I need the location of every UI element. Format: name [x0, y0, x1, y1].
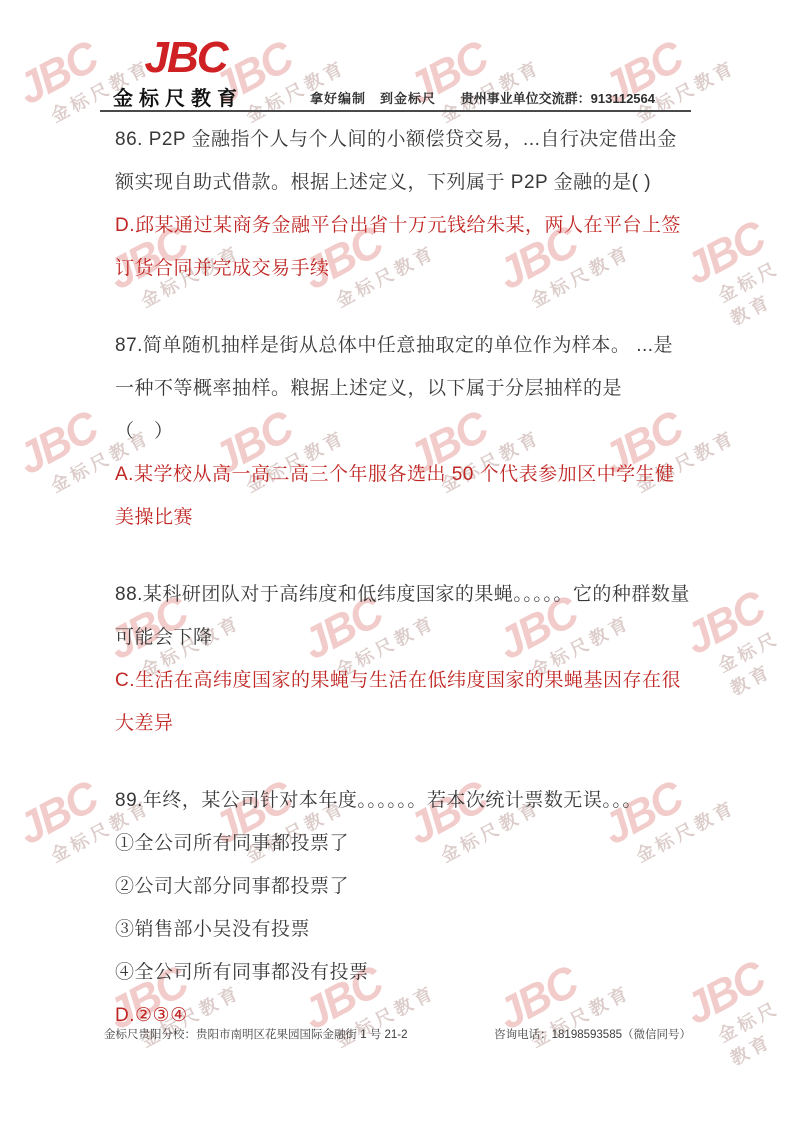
question-89-option-3: ③销售部小吴没有投票 [115, 908, 692, 951]
footer-phone: 咨询电话：18198593585（微信同号） [494, 1026, 691, 1042]
logo-brand-text: JBC [113, 36, 258, 80]
watermark-tile: JBC金标尺教育 [678, 948, 793, 1079]
question-88: 88.某科研团队对于高纬度和低纬度国家的果蝇。。。。。它的种群数量可能会下降 C… [115, 573, 692, 745]
brand-logo: JBC 金标尺教育 [113, 36, 258, 111]
watermark-name-text: 金标尺教育 [713, 986, 793, 1070]
header: JBC 金标尺教育 拿好编制 到金标尺 贵州事业单位交流群：913112564 [0, 0, 793, 112]
question-86-stem: 86. P2P 金融指个人与个人间的小额偿贷交易，...自行决定借出金额实现自助… [115, 118, 692, 204]
question-89-option-2: ②公司大部分同事都投票了 [115, 865, 692, 908]
logo-name-text: 金标尺教育 [113, 82, 258, 111]
watermark-tile: JBC金标尺教育 [678, 208, 793, 339]
footer-address: 金标尺贵阳分校：贵阳市南明区花果园国际金融街 1 号 21-2 [104, 1026, 408, 1042]
header-divider [100, 110, 691, 112]
watermark-name-text: 金标尺教育 [713, 616, 793, 700]
question-89-option-4: ④全公司所有同事都没有投票 [115, 951, 692, 994]
question-88-stem: 88.某科研团队对于高纬度和低纬度国家的果蝇。。。。。它的种群数量可能会下降 [115, 573, 692, 659]
question-86-answer: D.邱某通过某商务金融平台出省十万元钱给朱某，两人在平台上签订货合同并完成交易手… [115, 204, 692, 290]
question-87-answer: A.某学校从高一高二高三个年服各选出 50 个代表参加区中学生健美操比赛 [115, 453, 692, 539]
watermark-tile: JBC金标尺教育 [678, 578, 793, 709]
question-87-parens: （ ） [115, 410, 692, 453]
question-89: 89.年终，某公司针对本年度。。。。。。若本次统计票数无误。。。 ①全公司所有同… [115, 779, 692, 1037]
question-87-stem: 87.简单随机抽样是街从总体中任意抽取定的单位作为样本。 ...是一种不等概率抽… [115, 324, 692, 410]
question-86: 86. P2P 金融指个人与个人间的小额偿贷交易，...自行决定借出金额实现自助… [115, 118, 692, 290]
question-89-option-1: ①全公司所有同事都投票了 [115, 822, 692, 865]
document-page: JBC金标尺教育JBC金标尺教育JBC金标尺教育JBC金标尺教育JBC金标尺教育… [0, 0, 793, 1122]
watermark-brand-text: JBC [678, 208, 785, 293]
question-87: 87.简单随机抽样是街从总体中任意抽取定的单位作为样本。 ...是一种不等概率抽… [115, 324, 692, 539]
header-group-info: 贵州事业单位交流群：913112564 [461, 88, 655, 107]
question-list: 86. P2P 金融指个人与个人间的小额偿贷交易，...自行决定借出金额实现自助… [115, 118, 692, 1037]
footer: 金标尺贵阳分校：贵阳市南明区花果园国际金融街 1 号 21-2 咨询电话：181… [104, 1026, 691, 1042]
question-88-answer: C.生活在高纬度国家的果蝇与生活在低纬度国家的果蝇基因存在很大差异 [115, 659, 692, 745]
header-slogan: 拿好编制 到金标尺 [310, 88, 436, 107]
question-89-stem: 89.年终，某公司针对本年度。。。。。。若本次统计票数无误。。。 [115, 779, 692, 822]
watermark-brand-text: JBC [678, 578, 785, 663]
watermark-brand-text: JBC [678, 948, 785, 1033]
watermark-name-text: 金标尺教育 [713, 246, 793, 330]
